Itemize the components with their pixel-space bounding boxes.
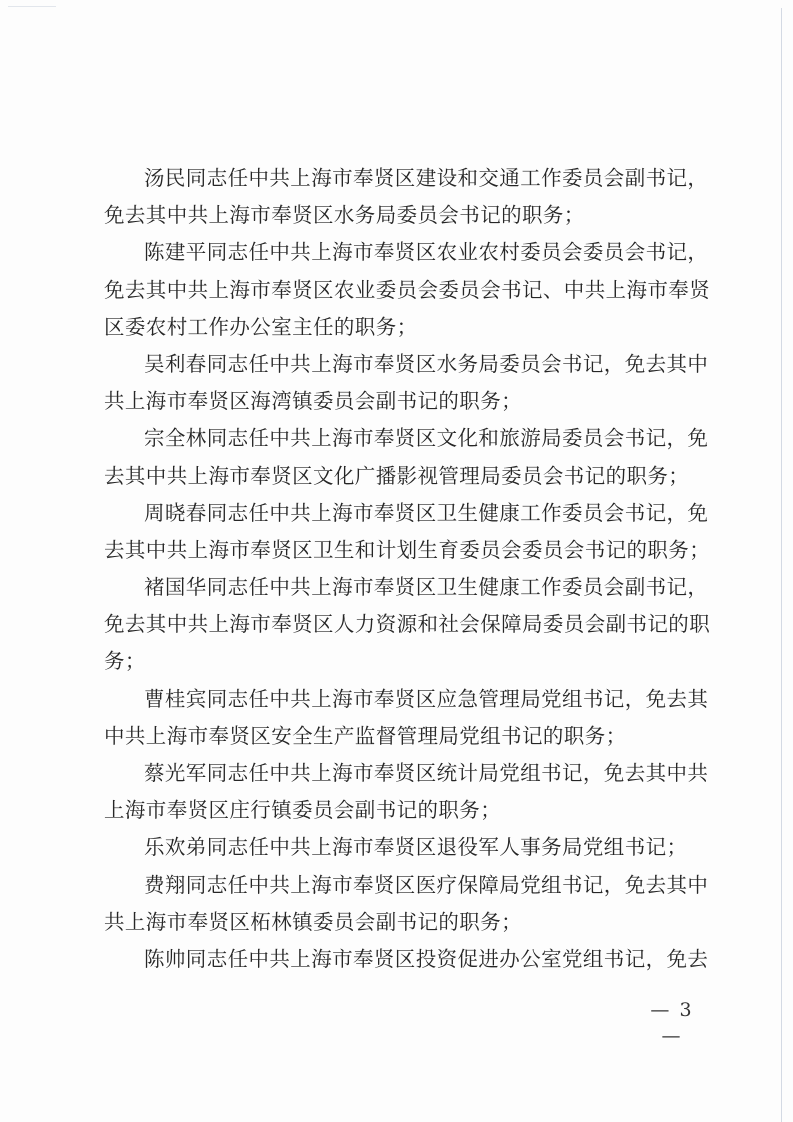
paragraph-line: 务； — [104, 643, 694, 680]
paragraph-line: 褚国华同志任中共上海市奉贤区卫生健康工作委员会副书记， — [104, 569, 694, 606]
page-number: — 3 — — [636, 997, 708, 1049]
paragraph-line: 曹桂宾同志任中共上海市奉贤区应急管理局党组书记，免去其 — [104, 681, 694, 718]
document-body: 汤民同志任中共上海市奉贤区建设和交通工作委员会副书记， 免去其中共上海市奉贤区水… — [104, 160, 694, 978]
scan-artifact-right-edge — [781, 8, 782, 1122]
paragraph-line: 去其中共上海市奉贤区文化广播影视管理局委员会书记的职务； — [104, 458, 694, 495]
paragraph-line: 宗全林同志任中共上海市奉贤区文化和旅游局委员会书记，免 — [104, 420, 694, 457]
paragraph-line: 乐欢弟同志任中共上海市奉贤区退役军人事务局党组书记； — [104, 829, 694, 866]
paragraph-line: 共上海市奉贤区海湾镇委员会副书记的职务； — [104, 383, 694, 420]
paragraph-line: 免去其中共上海市奉贤区农业委员会委员会书记、中共上海市奉贤 — [104, 272, 694, 309]
paragraph-line: 中共上海市奉贤区安全生产监督管理局党组书记的职务； — [104, 718, 694, 755]
paragraph-line: 陈建平同志任中共上海市奉贤区农业农村委员会委员会书记， — [104, 234, 694, 271]
scan-artifact-top — [8, 6, 56, 7]
paragraph-line: 费翔同志任中共上海市奉贤区医疗保障局党组书记，免去其中 — [104, 867, 694, 904]
paragraph-line: 蔡光军同志任中共上海市奉贤区统计局党组书记，免去其中共 — [104, 755, 694, 792]
paragraph-line: 陈帅同志任中共上海市奉贤区投资促进办公室党组书记，免去 — [104, 941, 694, 978]
paragraph-line: 周晓春同志任中共上海市奉贤区卫生健康工作委员会书记，免 — [104, 495, 694, 532]
paragraph-line: 吴利春同志任中共上海市奉贤区水务局委员会书记，免去其中 — [104, 346, 694, 383]
paragraph-line: 免去其中共上海市奉贤区水务局委员会书记的职务； — [104, 197, 694, 234]
paragraph-line: 免去其中共上海市奉贤区人力资源和社会保障局委员会副书记的职 — [104, 606, 694, 643]
document-page: 汤民同志任中共上海市奉贤区建设和交通工作委员会副书记， 免去其中共上海市奉贤区水… — [0, 0, 793, 1122]
paragraph-line: 上海市奉贤区庄行镇委员会副书记的职务； — [104, 792, 694, 829]
paragraph-line: 去其中共上海市奉贤区卫生和计划生育委员会委员会书记的职务； — [104, 532, 694, 569]
paragraph-line: 汤民同志任中共上海市奉贤区建设和交通工作委员会副书记， — [104, 160, 694, 197]
paragraph-line: 共上海市奉贤区柘林镇委员会副书记的职务； — [104, 904, 694, 941]
paragraph-line: 区委农村工作办公室主任的职务； — [104, 309, 694, 346]
